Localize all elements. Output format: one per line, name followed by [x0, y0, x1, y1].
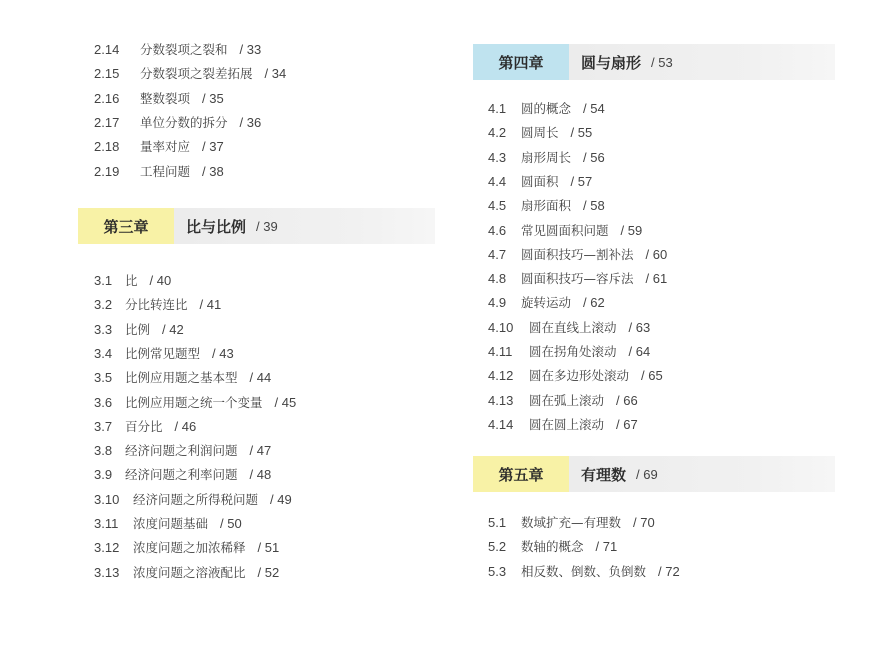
section-number: 3.11 — [94, 514, 133, 534]
section-number: 3.8 — [94, 441, 125, 461]
section-title: 常见圆面积问题 — [521, 221, 609, 241]
section-number: 4.14 — [488, 415, 529, 435]
toc-entry[interactable]: 2.17单位分数的拆分/ 36 — [94, 113, 261, 133]
section-number: 5.1 — [488, 513, 521, 533]
toc-entry[interactable]: 3.12浓度问题之加浓稀释/ 51 — [94, 538, 279, 558]
page-number: / 43 — [212, 344, 234, 364]
section-title: 分比转连比 — [125, 295, 188, 315]
section-number: 4.6 — [488, 221, 521, 241]
section-number: 2.19 — [94, 162, 140, 182]
page-number: / 44 — [250, 368, 272, 388]
section-number: 4.1 — [488, 99, 521, 119]
toc-entry[interactable]: 3.8经济问题之利润问题/ 47 — [94, 441, 271, 461]
page-number: / 64 — [629, 342, 651, 362]
section-number: 3.3 — [94, 320, 125, 340]
section-number: 4.3 — [488, 148, 521, 168]
section-number: 3.4 — [94, 344, 125, 364]
chapter-header[interactable]: 第五章有理数/ 69 — [473, 456, 835, 492]
chapter-label: 第五章 — [473, 456, 569, 492]
section-title: 比例常见题型 — [125, 344, 200, 364]
page-number: / 70 — [633, 513, 655, 533]
section-number: 4.10 — [488, 318, 529, 338]
toc-entry[interactable]: 4.10圆在直线上滚动/ 63 — [488, 318, 650, 338]
toc-entry[interactable]: 4.1圆的概念/ 54 — [488, 99, 605, 119]
section-number: 2.15 — [94, 64, 140, 84]
section-number: 4.2 — [488, 123, 521, 143]
section-title: 量率对应 — [140, 137, 190, 157]
section-title: 比例应用题之基本型 — [125, 368, 238, 388]
chapter-title: 有理数 — [581, 464, 626, 485]
section-title: 旋转运动 — [521, 293, 571, 313]
section-title: 圆在直线上滚动 — [529, 318, 617, 338]
page-number: / 50 — [220, 514, 242, 534]
page-number: / 34 — [265, 64, 287, 84]
toc-entry[interactable]: 4.8圆面积技巧—容斥法/ 61 — [488, 269, 667, 289]
page-number: / 56 — [583, 148, 605, 168]
page-number: / 46 — [175, 417, 197, 437]
section-title: 相反数、倒数、负倒数 — [521, 562, 646, 582]
section-title: 圆在弧上滚动 — [529, 391, 604, 411]
chapter-title: 圆与扇形 — [581, 52, 641, 73]
toc-entry[interactable]: 3.9经济问题之利率问题/ 48 — [94, 465, 271, 485]
section-number: 2.18 — [94, 137, 140, 157]
section-number: 3.6 — [94, 393, 125, 413]
page-number: / 33 — [240, 40, 262, 60]
section-title: 数轴的概念 — [521, 537, 584, 557]
page-number: / 49 — [270, 490, 292, 510]
section-number: 3.1 — [94, 271, 125, 291]
section-title: 数域扩充—有理数 — [521, 513, 621, 533]
section-title: 扇形周长 — [521, 148, 571, 168]
section-title: 经济问题之所得税问题 — [133, 490, 258, 510]
page-number: / 41 — [200, 295, 222, 315]
toc-entry[interactable]: 4.5扇形面积/ 58 — [488, 196, 605, 216]
section-number: 4.5 — [488, 196, 521, 216]
section-number: 4.9 — [488, 293, 521, 313]
page-number: / 58 — [583, 196, 605, 216]
section-title: 圆在圆上滚动 — [529, 415, 604, 435]
section-title: 经济问题之利润问题 — [125, 441, 238, 461]
toc-entry[interactable]: 3.7百分比/ 46 — [94, 417, 196, 437]
page-number: / 62 — [583, 293, 605, 313]
page-number: / 47 — [250, 441, 272, 461]
page-number: / 55 — [571, 123, 593, 143]
toc-entry[interactable]: 3.1比/ 40 — [94, 271, 171, 291]
section-title: 浓度问题之加浓稀释 — [133, 538, 246, 558]
section-number: 4.13 — [488, 391, 529, 411]
page-number: / 57 — [571, 172, 593, 192]
toc-entry[interactable]: 5.2数轴的概念/ 71 — [488, 537, 617, 557]
toc-entry[interactable]: 2.15分数裂项之裂差拓展/ 34 — [94, 64, 286, 84]
page-number: / 66 — [616, 391, 638, 411]
page-number: / 42 — [162, 320, 184, 340]
section-title: 圆在拐角处滚动 — [529, 342, 617, 362]
section-number: 3.5 — [94, 368, 125, 388]
section-number: 4.8 — [488, 269, 521, 289]
toc-entry[interactable]: 5.1数域扩充—有理数/ 70 — [488, 513, 655, 533]
section-title: 浓度问题基础 — [133, 514, 208, 534]
page-number: / 60 — [646, 245, 668, 265]
toc-entry[interactable]: 4.3扇形周长/ 56 — [488, 148, 605, 168]
section-number: 2.17 — [94, 113, 140, 133]
page-number: / 59 — [621, 221, 643, 241]
chapter-page: / 69 — [636, 467, 658, 482]
chapter-label: 第三章 — [78, 208, 174, 244]
section-title: 百分比 — [125, 417, 163, 437]
section-number: 4.12 — [488, 366, 529, 386]
page-number: / 63 — [629, 318, 651, 338]
section-title: 圆在多边形处滚动 — [529, 366, 629, 386]
section-number: 4.7 — [488, 245, 521, 265]
page-number: / 72 — [658, 562, 680, 582]
chapter-title-band: 有理数/ 69 — [569, 456, 835, 492]
page-number: / 67 — [616, 415, 638, 435]
page-number: / 71 — [596, 537, 618, 557]
section-number: 3.12 — [94, 538, 133, 558]
toc-entry[interactable]: 3.6比例应用题之统一个变量/ 45 — [94, 393, 296, 413]
section-title: 单位分数的拆分 — [140, 113, 228, 133]
page-number: / 36 — [240, 113, 262, 133]
section-title: 圆周长 — [521, 123, 559, 143]
toc-entry[interactable]: 2.16整数裂项/ 35 — [94, 89, 224, 109]
section-number: 3.13 — [94, 563, 133, 583]
toc-entry[interactable]: 4.14圆在圆上滚动/ 67 — [488, 415, 638, 435]
toc-entry[interactable]: 4.7圆面积技巧—割补法/ 60 — [488, 245, 667, 265]
page-number: / 52 — [258, 563, 280, 583]
toc-entry[interactable]: 5.3相反数、倒数、负倒数/ 72 — [488, 562, 680, 582]
section-title: 整数裂项 — [140, 89, 190, 109]
section-number: 5.3 — [488, 562, 521, 582]
section-title: 比 — [125, 271, 138, 291]
toc-entry[interactable]: 3.4比例常见题型/ 43 — [94, 344, 234, 364]
chapter-label: 第四章 — [473, 44, 569, 80]
section-title: 分数裂项之裂和 — [140, 40, 228, 60]
page-number: / 54 — [583, 99, 605, 119]
chapter-title-band: 圆与扇形/ 53 — [569, 44, 835, 80]
page-number: / 51 — [258, 538, 280, 558]
section-number: 3.10 — [94, 490, 133, 510]
toc-entry[interactable]: 4.11圆在拐角处滚动/ 64 — [488, 342, 650, 362]
section-title: 圆的概念 — [521, 99, 571, 119]
page-number: / 65 — [641, 366, 663, 386]
section-number: 2.14 — [94, 40, 140, 60]
toc-entry[interactable]: 4.13圆在弧上滚动/ 66 — [488, 391, 638, 411]
page-number: / 38 — [202, 162, 224, 182]
section-number: 3.7 — [94, 417, 125, 437]
toc-entry[interactable]: 4.4圆面积/ 57 — [488, 172, 592, 192]
toc-entry[interactable]: 3.5比例应用题之基本型/ 44 — [94, 368, 271, 388]
page-number: / 61 — [646, 269, 668, 289]
chapter-title-band: 比与比例/ 39 — [174, 208, 435, 244]
section-number: 4.4 — [488, 172, 521, 192]
toc-entry[interactable]: 3.2分比转连比/ 41 — [94, 295, 221, 315]
page-number: / 35 — [202, 89, 224, 109]
page-number: / 37 — [202, 137, 224, 157]
page-number: / 40 — [150, 271, 172, 291]
toc-entry[interactable]: 3.11浓度问题基础/ 50 — [94, 514, 242, 534]
toc-entry[interactable]: 2.14分数裂项之裂和/ 33 — [94, 40, 261, 60]
section-title: 比例应用题之统一个变量 — [125, 393, 263, 413]
toc-entry[interactable]: 4.2圆周长/ 55 — [488, 123, 592, 143]
toc-entry[interactable]: 4.9旋转运动/ 62 — [488, 293, 605, 313]
toc-entry[interactable]: 3.13浓度问题之溶液配比/ 52 — [94, 563, 279, 583]
toc-entry[interactable]: 3.10经济问题之所得税问题/ 49 — [94, 490, 292, 510]
section-title: 工程问题 — [140, 162, 190, 182]
toc-entry[interactable]: 2.19工程问题/ 38 — [94, 162, 224, 182]
page-number: / 48 — [250, 465, 272, 485]
section-number: 3.9 — [94, 465, 125, 485]
toc-entry[interactable]: 2.18量率对应/ 37 — [94, 137, 224, 157]
section-title: 浓度问题之溶液配比 — [133, 563, 246, 583]
section-title: 圆面积技巧—容斥法 — [521, 269, 634, 289]
section-title: 扇形面积 — [521, 196, 571, 216]
toc-entry[interactable]: 4.6常见圆面积问题/ 59 — [488, 221, 642, 241]
section-number: 4.11 — [488, 342, 529, 362]
page-number: / 45 — [275, 393, 297, 413]
section-number: 3.2 — [94, 295, 125, 315]
chapter-header[interactable]: 第四章圆与扇形/ 53 — [473, 44, 835, 80]
section-title: 分数裂项之裂差拓展 — [140, 64, 253, 84]
chapter-header[interactable]: 第三章比与比例/ 39 — [78, 208, 435, 244]
toc-entry[interactable]: 3.3比例/ 42 — [94, 320, 184, 340]
section-title: 经济问题之利率问题 — [125, 465, 238, 485]
chapter-page: / 39 — [256, 219, 278, 234]
toc-entry[interactable]: 4.12圆在多边形处滚动/ 65 — [488, 366, 663, 386]
section-title: 圆面积 — [521, 172, 559, 192]
section-title: 圆面积技巧—割补法 — [521, 245, 634, 265]
chapter-page: / 53 — [651, 55, 673, 70]
chapter-title: 比与比例 — [186, 216, 246, 237]
section-number: 2.16 — [94, 89, 140, 109]
section-number: 5.2 — [488, 537, 521, 557]
section-title: 比例 — [125, 320, 150, 340]
